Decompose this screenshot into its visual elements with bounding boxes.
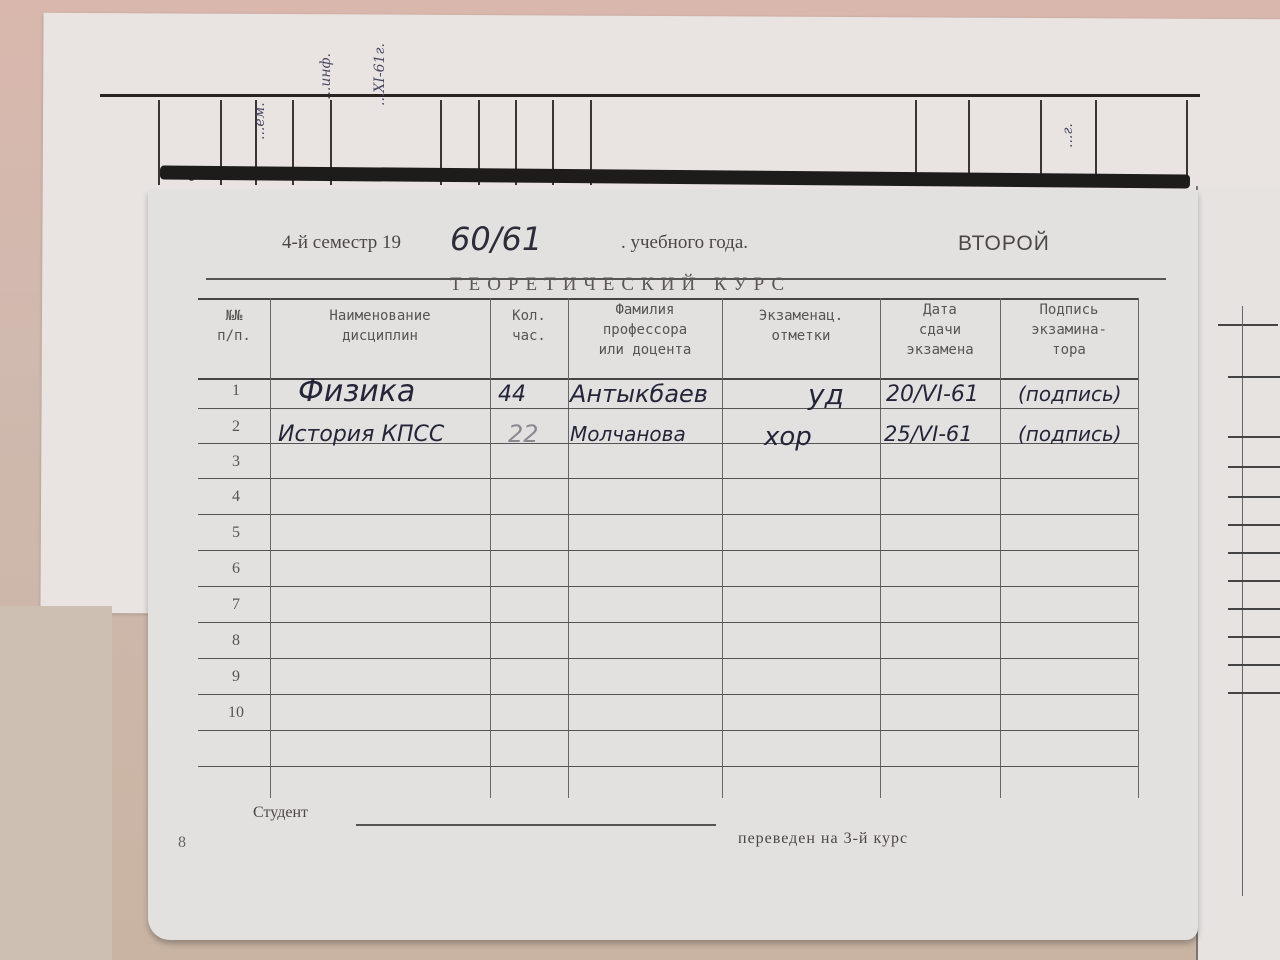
cell-signature: (подпись) xyxy=(1018,422,1122,446)
column-header-date: Дата сдачи экзамена xyxy=(880,300,1000,360)
page-number: 8 xyxy=(178,834,186,852)
row-number: 4 xyxy=(216,488,256,506)
cell-hours: 22 xyxy=(508,420,539,448)
right-page-rule xyxy=(1228,636,1280,638)
semester-label: 4-й семестр 19 xyxy=(282,232,401,254)
course-year-word: ВТОРОЙ xyxy=(958,232,1050,256)
right-page-rule xyxy=(1228,580,1280,582)
row-number: 6 xyxy=(216,560,256,578)
right-page-rule xyxy=(1228,552,1280,554)
right-page-column-line xyxy=(1242,306,1243,896)
row-rule xyxy=(198,586,1138,587)
right-page-rule xyxy=(1228,664,1280,666)
row-rule xyxy=(198,622,1138,623)
cell-professor: Антыкбаев xyxy=(570,380,708,408)
column-header-num: №№ п/п. xyxy=(198,306,270,346)
row-number: 9 xyxy=(216,668,256,686)
back-page-column-line xyxy=(1186,100,1188,185)
right-page-rule xyxy=(1228,692,1280,694)
cell-date: 20/VI-61 xyxy=(886,382,979,407)
column-divider xyxy=(490,298,491,798)
cell-subject: Физика xyxy=(298,374,415,409)
back-page-handwriting: ...инф. xyxy=(318,53,334,100)
right-page-rule xyxy=(1218,324,1278,326)
left-underlying-card xyxy=(0,606,112,960)
right-page-rule xyxy=(1228,496,1280,498)
right-facing-page xyxy=(1196,186,1280,960)
student-signature-line xyxy=(356,824,716,826)
row-rule xyxy=(198,478,1138,479)
row-number: 2 xyxy=(216,418,256,436)
back-page-table-border xyxy=(100,94,1200,97)
row-rule xyxy=(198,514,1138,515)
right-page-rule xyxy=(1228,524,1280,526)
row-rule xyxy=(198,766,1138,767)
column-divider xyxy=(880,298,881,798)
cell-subject: История КПСС xyxy=(278,422,444,447)
column-header-professor: Фамилия профессора или доцента xyxy=(568,300,722,360)
column-divider xyxy=(1000,298,1001,798)
row-rule xyxy=(198,550,1138,551)
row-rule xyxy=(198,694,1138,695)
column-header-hours: Кол. час. xyxy=(490,306,568,346)
grades-table: №№ п/п. Наименование дисциплин Кол. час.… xyxy=(198,298,1138,788)
column-divider xyxy=(722,298,723,798)
academic-year-suffix: . учебного года. xyxy=(621,232,748,254)
back-page-column-line xyxy=(1095,100,1097,185)
record-book-page: 4-й семестр 19 60/61 . учебного года. ВТ… xyxy=(148,190,1198,940)
transfer-text: переведен на 3-й курс xyxy=(738,830,908,848)
column-header-grade: Экзаменац. отметки xyxy=(722,306,880,346)
row-rule xyxy=(198,658,1138,659)
column-divider xyxy=(270,298,271,798)
row-rule xyxy=(198,730,1138,731)
cell-grade: уд xyxy=(808,378,844,411)
right-page-rule xyxy=(1228,466,1280,468)
cell-grade: хор xyxy=(764,422,812,452)
row-number: 10 xyxy=(216,704,256,722)
cell-signature: (подпись) xyxy=(1018,382,1122,406)
back-page-handwriting: ...XI-61г. xyxy=(372,43,388,106)
right-page-rule xyxy=(1228,436,1280,438)
student-label: Студент xyxy=(253,804,308,822)
back-page-handwriting: ...ем. xyxy=(252,102,268,140)
right-page-rule xyxy=(1228,376,1280,378)
cell-hours: 44 xyxy=(498,382,526,407)
back-page-handwriting: ...г. xyxy=(1060,123,1076,148)
row-number: 1 xyxy=(216,382,256,400)
cell-date: 25/VI-61 xyxy=(884,422,973,446)
row-number: 8 xyxy=(216,632,256,650)
column-divider xyxy=(1138,298,1139,798)
academic-year-handwritten: 60/61 xyxy=(450,220,542,258)
section-title: ТЕОРЕТИЧЕСКИЙ КУРС xyxy=(450,274,791,296)
cell-professor: Молчанова xyxy=(570,422,686,446)
right-page-rule xyxy=(1228,608,1280,610)
column-divider xyxy=(568,298,569,798)
column-header-subject: Наименование дисциплин xyxy=(270,306,490,346)
row-number: 7 xyxy=(216,596,256,614)
row-number: 3 xyxy=(216,453,256,471)
row-number: 5 xyxy=(216,524,256,542)
column-header-signature: Подпись экзамина- тора xyxy=(1000,300,1138,360)
